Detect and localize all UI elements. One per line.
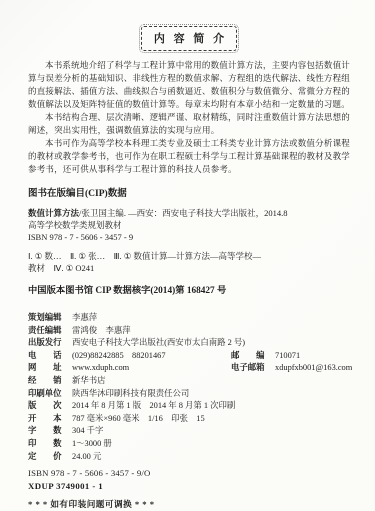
colophon-row: 版 次 2014 年 8 月第 1 版 2014 年 8 月第 1 次印刷	[28, 400, 350, 413]
cip-record: 数值计算方法/张卫国主编. —西安：西安电子科技大学出版社，2014.8 高等学…	[28, 207, 350, 274]
row-value: 787 毫米×960 毫米 1/16 印张 15	[72, 413, 205, 426]
cip-heading: 图书在版编目(CIP)数据	[28, 185, 350, 199]
row-value: www.xduph.com	[72, 362, 231, 375]
colophon-row: 经 销 新华书店	[28, 375, 350, 388]
colophon-row: 责任编辑 雷鸿俊 李惠萍	[28, 325, 350, 338]
row-label: 开 本	[28, 413, 64, 426]
row-label: 定 价	[28, 451, 64, 464]
row-label: 责任编辑	[28, 325, 64, 338]
content-summary-title: 内 容 简 介	[154, 33, 227, 45]
colophon-row: 网 址 www.xduph.com 电子邮箱 xdupfxb001@163.co…	[28, 362, 350, 375]
content-summary-section: 本书系统地介绍了科学与工程计算中常用的数值计算方法，主要内容包括数值计算与误差分…	[28, 59, 350, 176]
cip-isbn-line: ISBN 978 - 7 - 5606 - 3457 - 9	[28, 231, 350, 243]
row-value: 24.00 元	[72, 451, 101, 464]
colophon-row: 策划编辑 李惠萍	[28, 312, 350, 325]
row-label: 电 话	[28, 350, 64, 363]
row-label: 字 数	[28, 425, 64, 438]
row-value: 李惠萍	[72, 312, 97, 325]
row-label: 印 数	[28, 438, 64, 451]
intro-paragraph: 本书可作为高等学校本科理工类专业及硕士工科类专业计算方法或数值分析课程的教材或教…	[28, 137, 350, 176]
row-value: 陕西华沐印刷科技有限责任公司	[72, 388, 189, 401]
colophon-row: 定 价 24.00 元	[28, 451, 350, 464]
row-value: 2014 年 8 月第 1 版 2014 年 8 月第 1 次印刷	[72, 400, 235, 413]
isbn-line: ISBN 978 - 7 - 5606 - 3457 - 9/O	[28, 468, 350, 478]
cip-registry-line: 中国版本图书馆 CIP 数据核字(2014)第 168427 号	[28, 282, 350, 296]
cip-title-line: 数值计算方法/张卫国主编. —西安：西安电子科技大学出版社，2014.8	[28, 207, 350, 219]
cip-classification-line: 教材 Ⅳ. ① O241	[28, 262, 350, 274]
intro-paragraph: 本书结构合理、层次清晰、逻辑严谨、取材精练，同时注重数值计算方法思想的阐述，突出…	[28, 111, 350, 137]
content-summary-box: 内 容 简 介	[141, 26, 237, 51]
row-value: (029)88242885 88201467	[72, 350, 231, 363]
row-label: 邮 编	[231, 350, 267, 363]
colophon-section: 策划编辑 李惠萍 责任编辑 雷鸿俊 李惠萍 出版发行 西安电子科技大学出版社(西…	[28, 312, 350, 510]
colophon-row: 字 数 304 千字	[28, 425, 350, 438]
colophon-row: 电 话 (029)88242885 88201467 邮 编 710071	[28, 350, 350, 363]
row-label: 电子邮箱	[231, 362, 267, 375]
row-label: 策划编辑	[28, 312, 64, 325]
cip-classification-line: Ⅰ. ① 数… Ⅱ. ① 张… Ⅲ. ① 数值计算—计算方法—高等学校—	[28, 250, 350, 262]
cip-series-line: 高等学校数学类规划教材	[28, 219, 350, 231]
colophon-row: 出版发行 西安电子科技大学出版社(西安市太白南路 2 号)	[28, 337, 350, 350]
row-value: 雷鸿俊 李惠萍	[72, 325, 131, 338]
row-value: xdupfxb001@163.com	[275, 362, 352, 375]
row-label: 经 销	[28, 375, 64, 388]
reprint-notice: * * * 如有印装问题可调换 * * *	[28, 498, 350, 510]
book-number-line: XDUP 3749001 - 1	[28, 481, 350, 491]
colophon-row: 印 数 1～3000 册	[28, 438, 350, 451]
colophon-row: 开 本 787 毫米×960 毫米 1/16 印张 15	[28, 413, 350, 426]
row-value: 西安电子科技大学出版社(西安市太白南路 2 号)	[72, 337, 245, 350]
row-value: 新华书店	[72, 375, 106, 388]
row-value: 710071	[275, 350, 300, 363]
row-value: 1～3000 册	[72, 438, 112, 451]
cip-book-title: 数值计算方法	[28, 208, 79, 218]
row-label: 出版发行	[28, 337, 64, 350]
row-value: 304 千字	[72, 425, 103, 438]
intro-paragraph: 本书系统地介绍了科学与工程计算中常用的数值计算方法，主要内容包括数值计算与误差分…	[28, 59, 350, 111]
colophon-row: 印刷单位 陕西华沐印刷科技有限责任公司	[28, 388, 350, 401]
row-label: 版 次	[28, 400, 64, 413]
row-label: 网 址	[28, 362, 64, 375]
cip-title-rest: /张卫国主编. —西安：西安电子科技大学出版社，2014.8	[79, 208, 288, 218]
row-label: 印刷单位	[28, 388, 64, 401]
book-copyright-page: 内 容 简 介 本书系统地介绍了科学与工程计算中常用的数值计算方法，主要内容包括…	[0, 0, 375, 511]
